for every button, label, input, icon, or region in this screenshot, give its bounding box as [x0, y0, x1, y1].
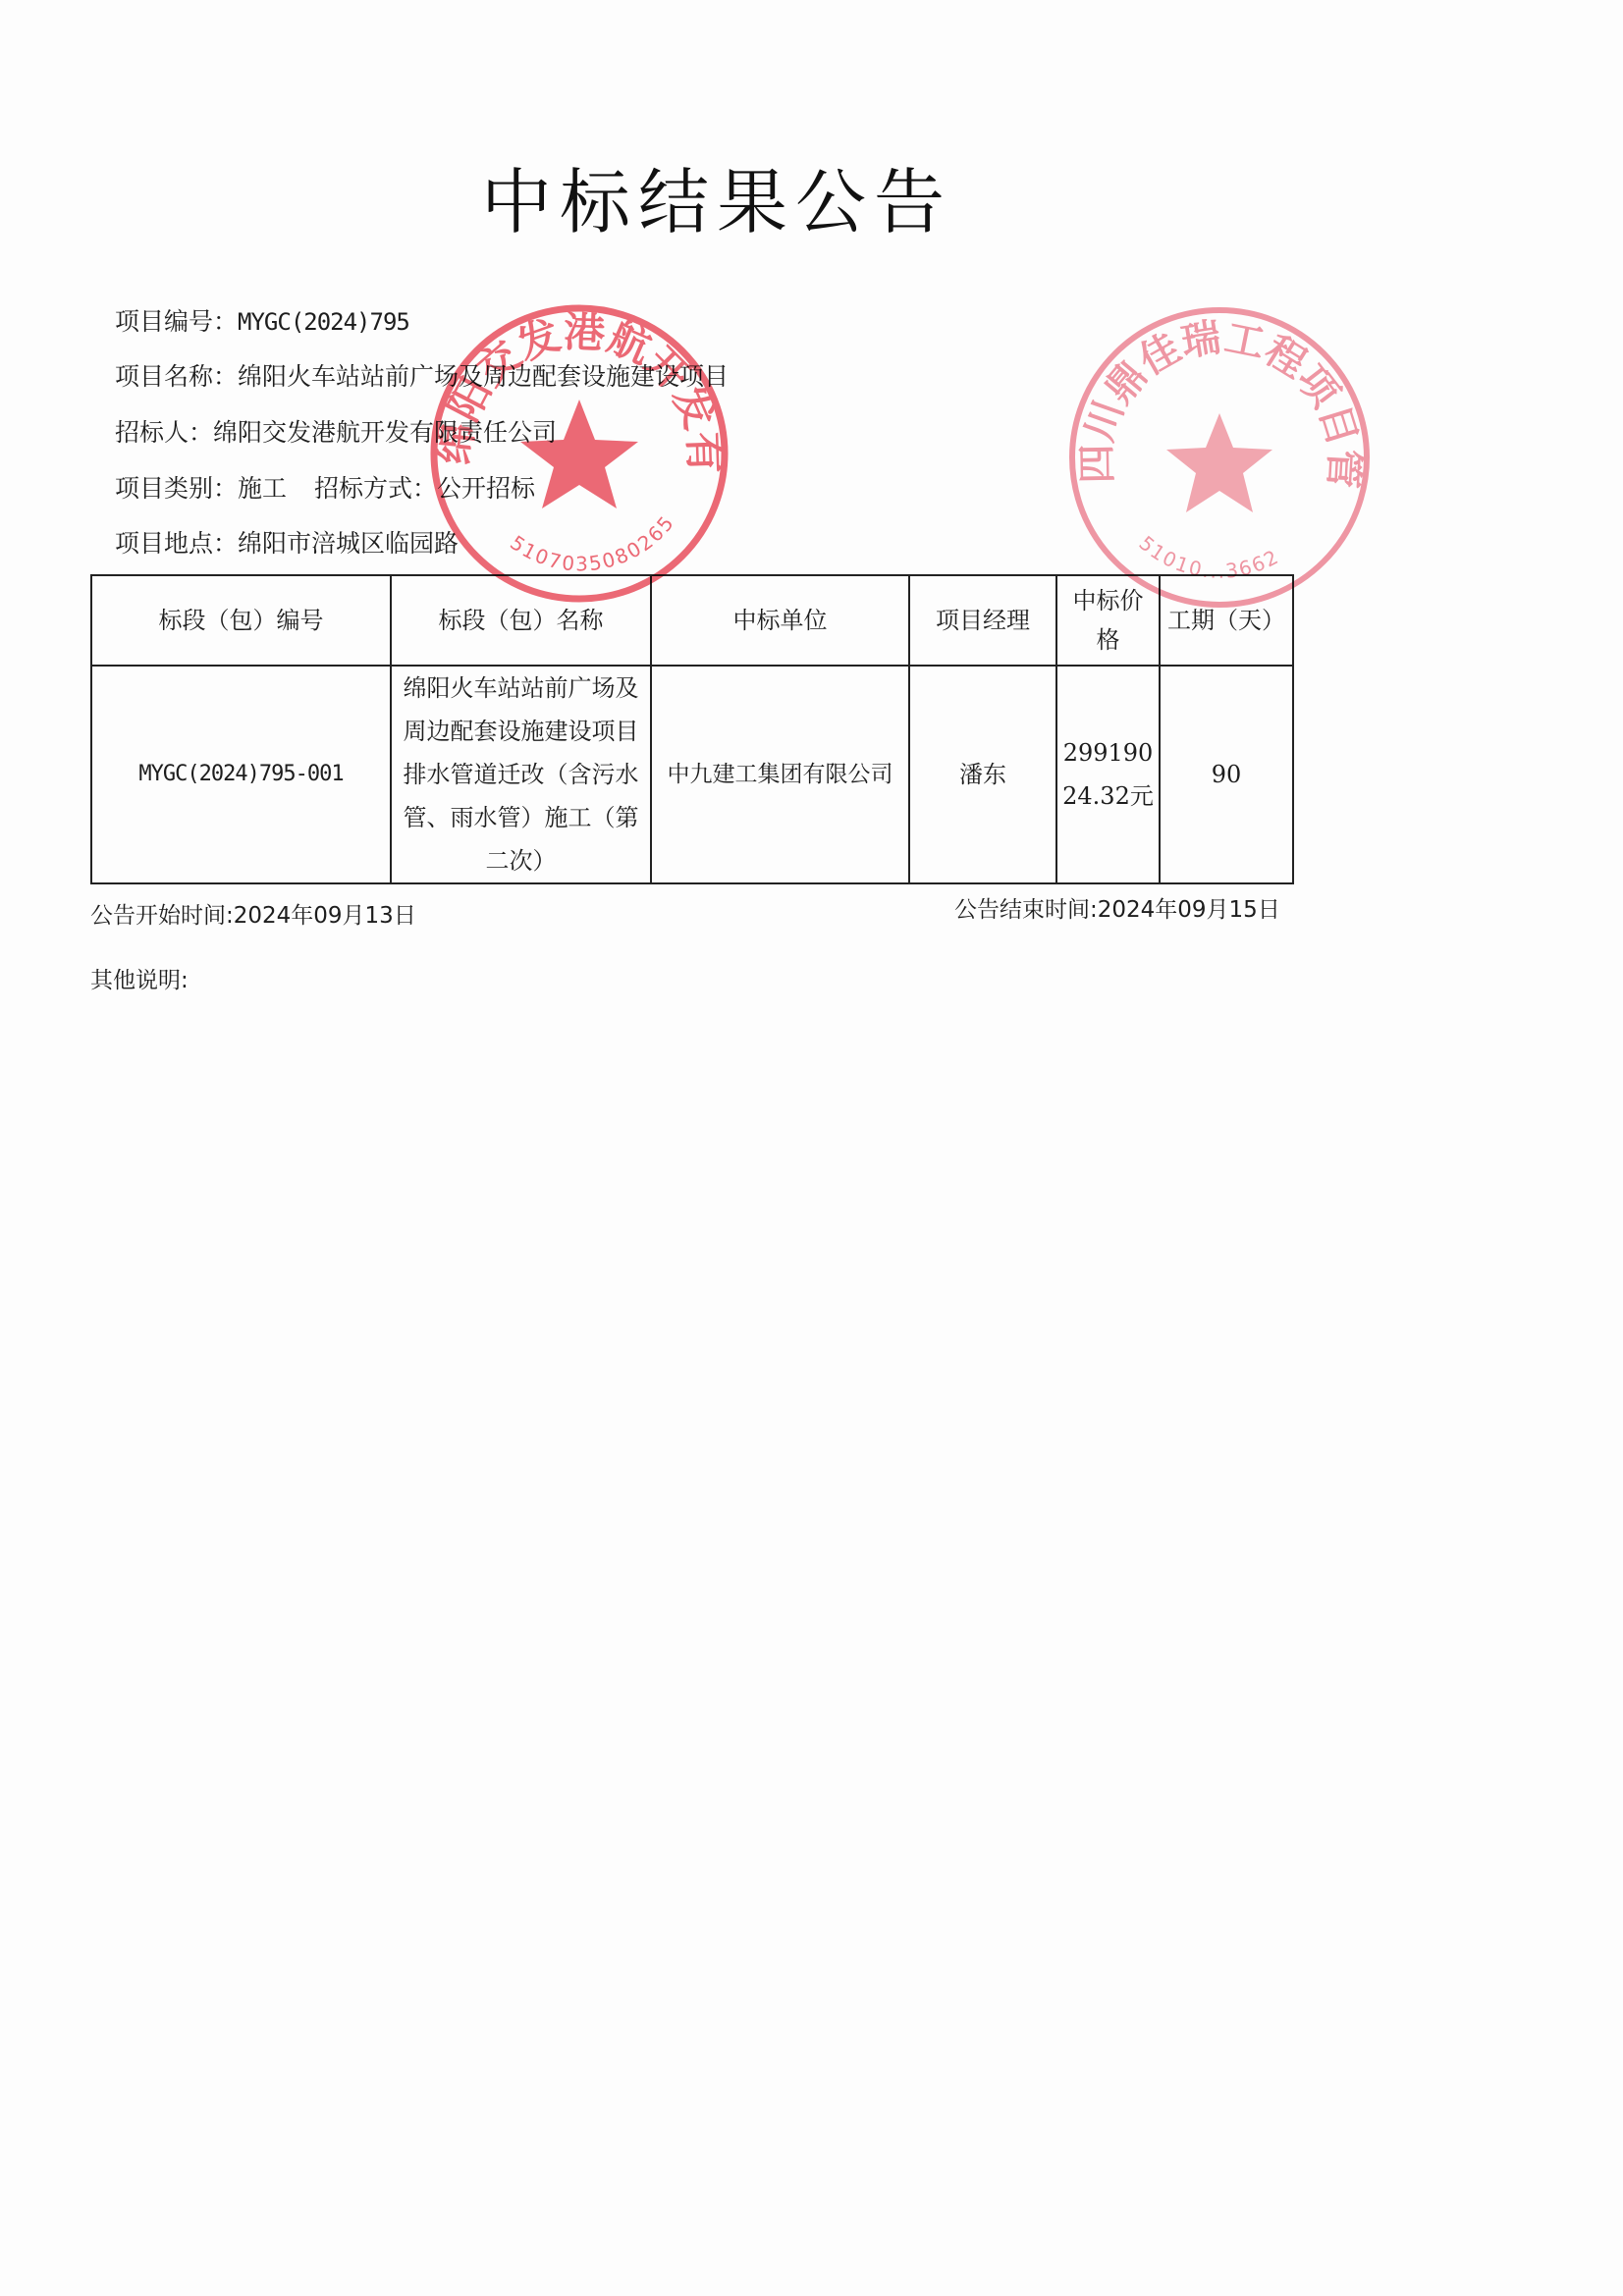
tenderer-label: 招标人： — [115, 418, 213, 447]
tenderer-line: 招标人：绵阳交发港航开发有限责任公司 — [115, 413, 557, 449]
publish-start-value: 2024年09月13日 — [234, 903, 416, 929]
project-name-value: 绵阳火车站站前广场及周边配套设施建设项目 — [238, 362, 729, 391]
project-number-line: 项目编号：MYGC(2024)795 — [115, 302, 409, 338]
agency-seal-text: 四川鼎佳瑞工程项目管理有限公司 — [1062, 300, 1367, 490]
header-manager: 项目经理 — [909, 575, 1056, 666]
location-line: 项目地点：绵阳市涪城区临园路 — [115, 524, 459, 560]
project-number-value: MYGC(2024)795 — [238, 308, 409, 336]
agency-seal-stamp: 四川鼎佳瑞工程项目管理有限公司 51010...3662 — [1062, 300, 1377, 614]
publish-end-value: 2024年09月15日 — [1098, 897, 1280, 923]
project-name-line: 项目名称：绵阳火车站站前广场及周边配套设施建设项目 — [115, 357, 729, 393]
award-result-table: 标段（包）编号 标段（包）名称 中标单位 项目经理 中标价格 工期（天） MYG… — [90, 574, 1294, 884]
cell-section-name: 绵阳火车站站前广场及周边配套设施建设项目排水管道迁改（含污水管、雨水管）施工（第… — [391, 666, 651, 883]
cell-section-no: MYGC(2024)795-001 — [91, 666, 391, 883]
category-line: 项目类别：施工招标方式：公开招标 — [115, 469, 535, 505]
star-icon — [1166, 413, 1272, 512]
project-name-label: 项目名称： — [115, 362, 238, 391]
document-page: 中标结果公告 项目编号：MYGC(2024)795 项目名称：绵阳火车站站前广场… — [0, 0, 1623, 2296]
header-section-name: 标段（包）名称 — [391, 575, 651, 666]
cell-duration: 90 — [1160, 666, 1293, 883]
other-notes-line: 其他说明: — [90, 962, 189, 994]
category-label: 项目类别： — [115, 474, 238, 503]
table-row: MYGC(2024)795-001 绵阳火车站站前广场及周边配套设施建设项目排水… — [91, 666, 1293, 883]
tenderer-value: 绵阳交发港航开发有限责任公司 — [213, 418, 557, 447]
publish-start-label: 公告开始时间: — [90, 903, 234, 929]
cell-price: 29919024.32元 — [1056, 666, 1160, 883]
publish-end-label: 公告结束时间: — [954, 897, 1098, 923]
cell-winner: 中九建工集团有限公司 — [651, 666, 909, 883]
page-title: 中标结果公告 — [481, 145, 952, 247]
project-number-label: 项目编号： — [115, 307, 238, 336]
header-winner: 中标单位 — [651, 575, 909, 666]
cell-manager: 潘东 — [909, 666, 1056, 883]
tenderer-seal-stamp: 绵阳交发港航开发有限责任公司 5107035080265 — [422, 296, 736, 611]
location-label: 项目地点： — [115, 529, 238, 558]
header-price: 中标价格 — [1056, 575, 1160, 666]
publish-end-line: 公告结束时间:2024年09月15日 — [954, 891, 1280, 924]
publish-start-line: 公告开始时间:2024年09月13日 — [90, 897, 416, 930]
other-notes-label: 其他说明: — [90, 968, 189, 993]
tenderer-seal-serial: 5107035080265 — [506, 510, 679, 576]
header-section-no: 标段（包）编号 — [91, 575, 391, 666]
header-duration: 工期（天） — [1160, 575, 1293, 666]
table-header-row: 标段（包）编号 标段（包）名称 中标单位 项目经理 中标价格 工期（天） — [91, 575, 1293, 666]
method-label: 招标方式： — [314, 474, 437, 503]
location-value: 绵阳市涪城区临园路 — [238, 529, 459, 558]
category-value: 施工 — [238, 474, 287, 503]
method-value: 公开招标 — [437, 474, 535, 503]
